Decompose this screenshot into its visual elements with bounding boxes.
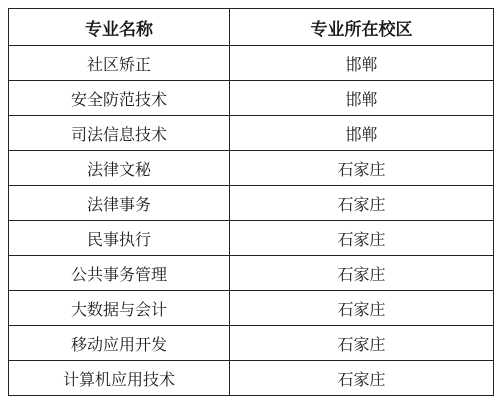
header-major-name: 专业名称 (9, 9, 230, 46)
major-name-cell: 安全防范技术 (9, 81, 230, 116)
campus-cell: 石家庄 (230, 291, 494, 326)
major-name-cell: 法律文秘 (9, 151, 230, 186)
campus-cell: 石家庄 (230, 151, 494, 186)
major-name-cell: 移动应用开发 (9, 326, 230, 361)
table-row: 安全防范技术 邯郸 (9, 81, 494, 116)
table-row: 移动应用开发 石家庄 (9, 326, 494, 361)
major-name-cell: 法律事务 (9, 186, 230, 221)
campus-cell: 邯郸 (230, 81, 494, 116)
table-row: 社区矫正 邯郸 (9, 46, 494, 81)
table-row: 公共事务管理 石家庄 (9, 256, 494, 291)
table-row: 法律文秘 石家庄 (9, 151, 494, 186)
table-row: 大数据与会计 石家庄 (9, 291, 494, 326)
table-row: 司法信息技术 邯郸 (9, 116, 494, 151)
campus-cell: 石家庄 (230, 326, 494, 361)
campus-cell: 邯郸 (230, 46, 494, 81)
campus-cell: 石家庄 (230, 256, 494, 291)
campus-cell: 石家庄 (230, 361, 494, 396)
major-name-cell: 计算机应用技术 (9, 361, 230, 396)
major-name-cell: 公共事务管理 (9, 256, 230, 291)
campus-cell: 邯郸 (230, 116, 494, 151)
header-row: 专业名称 专业所在校区 (9, 9, 494, 46)
table-row: 法律事务 石家庄 (9, 186, 494, 221)
major-name-cell: 民事执行 (9, 221, 230, 256)
header-campus: 专业所在校区 (230, 9, 494, 46)
campus-cell: 石家庄 (230, 186, 494, 221)
campus-cell: 石家庄 (230, 221, 494, 256)
major-name-cell: 大数据与会计 (9, 291, 230, 326)
major-name-cell: 社区矫正 (9, 46, 230, 81)
major-campus-table: 专业名称 专业所在校区 社区矫正 邯郸 安全防范技术 邯郸 司法信息技术 邯郸 … (8, 8, 494, 396)
table-row: 计算机应用技术 石家庄 (9, 361, 494, 396)
table-row: 民事执行 石家庄 (9, 221, 494, 256)
major-name-cell: 司法信息技术 (9, 116, 230, 151)
